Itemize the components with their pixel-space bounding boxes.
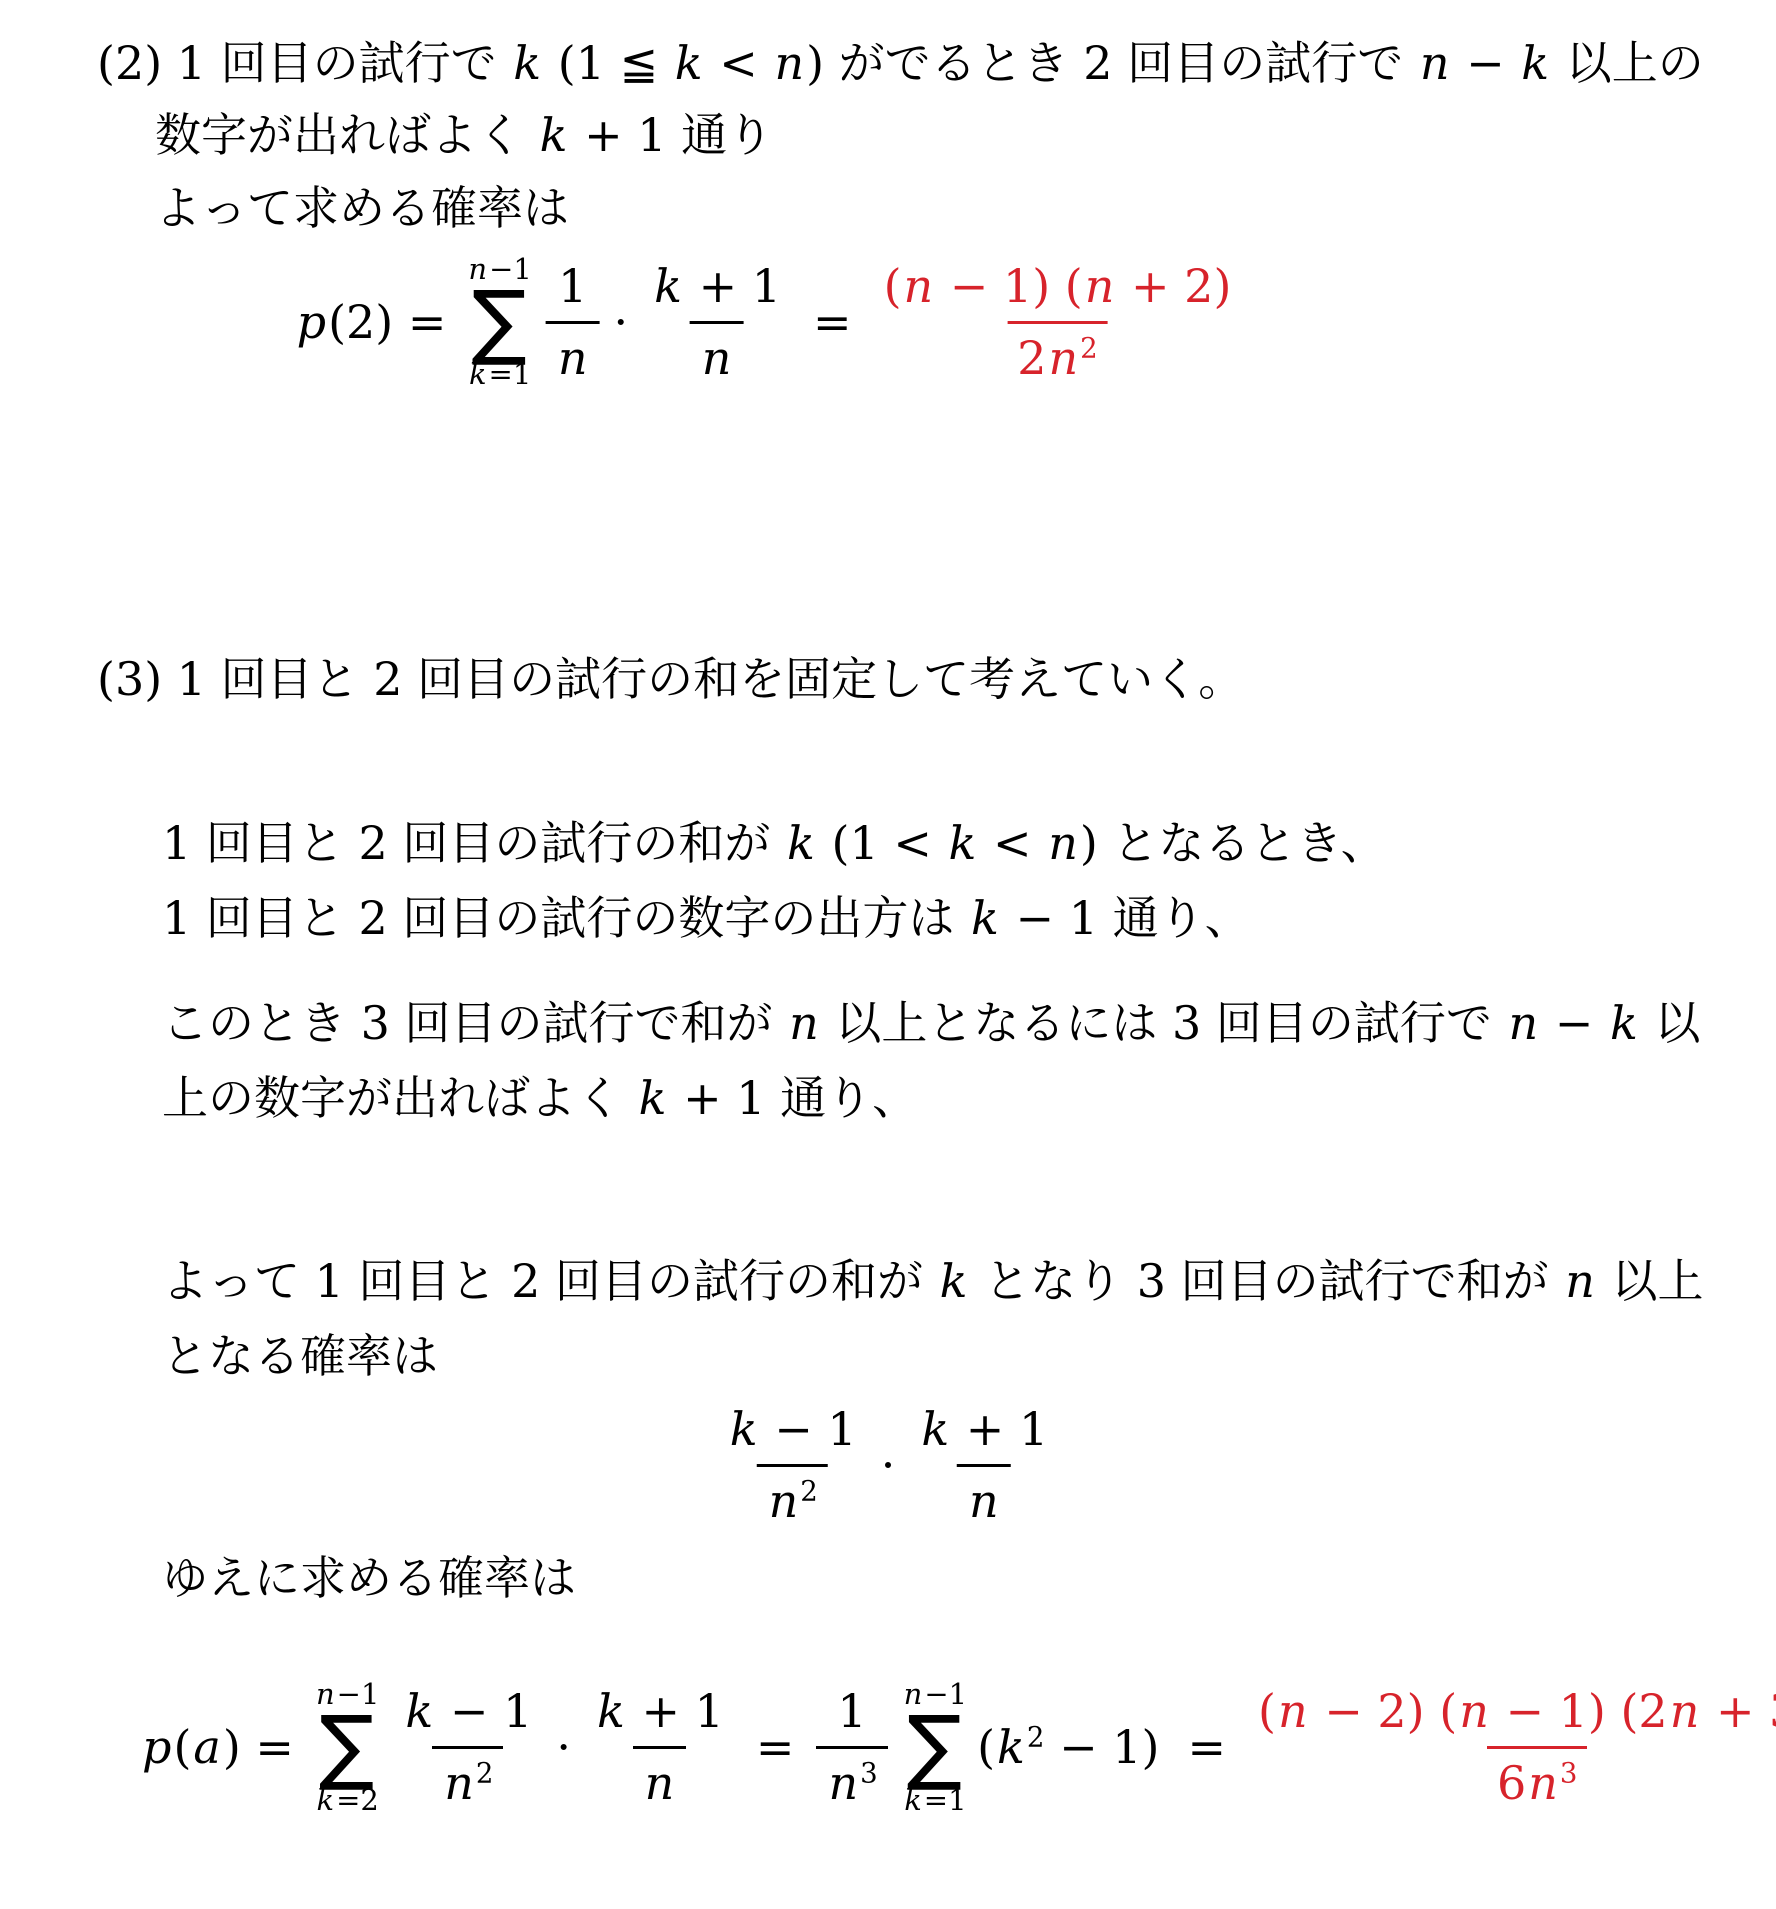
result-fraction-red: (n − 1) (n + 2) 2n2 [874, 261, 1242, 383]
equals-sign: = [756, 1721, 795, 1774]
fraction-denominator: n [633, 1746, 687, 1809]
equals-sign: = [813, 296, 852, 349]
item3-line-a2: 1 回目と 2 回目の試行の数字の出方は k − 1 通り、 [162, 889, 1251, 949]
item3-heading: (3) 1 回目と 2 回目の試行の和を固定して考えていく。 [97, 650, 1244, 710]
fraction-numerator: 1 [548, 261, 597, 321]
item2-line2: 数字が出ればよく k + 1 通り [155, 106, 773, 166]
fraction-1-over-n3: 1 n3 [816, 1686, 887, 1808]
cdot-operator: · [613, 296, 628, 349]
fraction-numerator: k + 1 [909, 1404, 1058, 1464]
sigma-icon: ∑ [907, 1711, 962, 1783]
fraction-numerator: 1 [827, 1686, 876, 1746]
sum-lower-limit: k=1 [467, 358, 531, 391]
summation: n−1 ∑ k=1 [466, 253, 531, 392]
display-formula-product: k − 1 n2 · k + 1 n [714, 1398, 1063, 1532]
result-denominator: 6n3 [1487, 1746, 1587, 1809]
fraction-denominator: n [546, 321, 600, 384]
cdot-operator: · [881, 1439, 896, 1492]
item3-line-b2: となる確率は [162, 1327, 438, 1387]
item2-line3: よって求める確率は [155, 179, 569, 239]
fraction-numerator: k + 1 [585, 1686, 734, 1746]
summand-term: (k2 − 1) [977, 1721, 1159, 1774]
formula-p2-lhs: p(2) = [295, 296, 447, 349]
fraction-numerator: k + 1 [642, 261, 791, 321]
sigma-icon: ∑ [319, 1711, 374, 1783]
summation: n−1 ∑ k=1 [902, 1678, 967, 1817]
item3-line-a4: 上の数字が出ればよく k + 1 通り、 [162, 1069, 918, 1129]
fraction-k-plus-1-over-n: k + 1 n [585, 1686, 734, 1808]
item3-line-a3: このとき 3 回目の試行で和が n 以上となるには 3 回目の試行で n − k… [162, 994, 1700, 1054]
fraction-numerator: k − 1 [393, 1686, 542, 1746]
fraction-k-minus-1-over-n2: k − 1 n2 [718, 1404, 867, 1526]
sum-lower-limit: k=2 [315, 1784, 379, 1817]
display-formula-pa: p(a) = n−1 ∑ k=2 k − 1 n2 · k + 1 n = 1 … [140, 1645, 1776, 1850]
fraction-denominator: n3 [816, 1746, 887, 1809]
fraction-denominator: n [690, 321, 744, 384]
item3-line-a1: 1 回目と 2 回目の試行の和が k (1 < k < n) となるとき、 [162, 814, 1387, 874]
equals-sign: = [1187, 1721, 1226, 1774]
cdot-operator: · [556, 1721, 571, 1774]
math-solution-document: (2) 1 回目の試行で k (1 ≦ k < n) がでるとき 2 回目の試行… [0, 0, 1776, 1909]
result-numerator: (n − 1) (n + 2) [874, 261, 1242, 321]
fraction-denominator: n2 [432, 1746, 503, 1809]
result-fraction-red: (n − 2) (n − 1) (2n + 3) 6n3 [1248, 1686, 1776, 1808]
fraction-denominator: n2 [757, 1464, 828, 1527]
fraction-1-over-n: 1 n [546, 261, 600, 383]
fraction-k-plus-1-over-n: k + 1 n [909, 1404, 1058, 1526]
sum-lower-limit: k=1 [902, 1784, 966, 1817]
sigma-icon: ∑ [471, 286, 526, 358]
fraction-denominator: n [957, 1464, 1011, 1527]
fraction-k-minus-1-over-n2: k − 1 n2 [393, 1686, 542, 1808]
item3-line-c: ゆえに求める確率は [162, 1549, 576, 1609]
summation: n−1 ∑ k=2 [314, 1678, 379, 1817]
formula-pa-lhs: p(a) = [140, 1721, 294, 1774]
item2-line1: (2) 1 回目の試行で k (1 ≦ k < n) がでるとき 2 回目の試行… [97, 34, 1704, 94]
fraction-k-plus-1-over-n: k + 1 n [642, 261, 791, 383]
result-numerator: (n − 2) (n − 1) (2n + 3) [1248, 1686, 1776, 1746]
result-denominator: 2n2 [1007, 321, 1107, 384]
fraction-numerator: k − 1 [718, 1404, 867, 1464]
item3-line-b1: よって 1 回目と 2 回目の試行の和が k となり 3 回目の試行で和が n … [162, 1252, 1704, 1312]
display-formula-p2: p(2) = n−1 ∑ k=1 1 n · k + 1 n = (n − 1)… [295, 248, 1246, 396]
